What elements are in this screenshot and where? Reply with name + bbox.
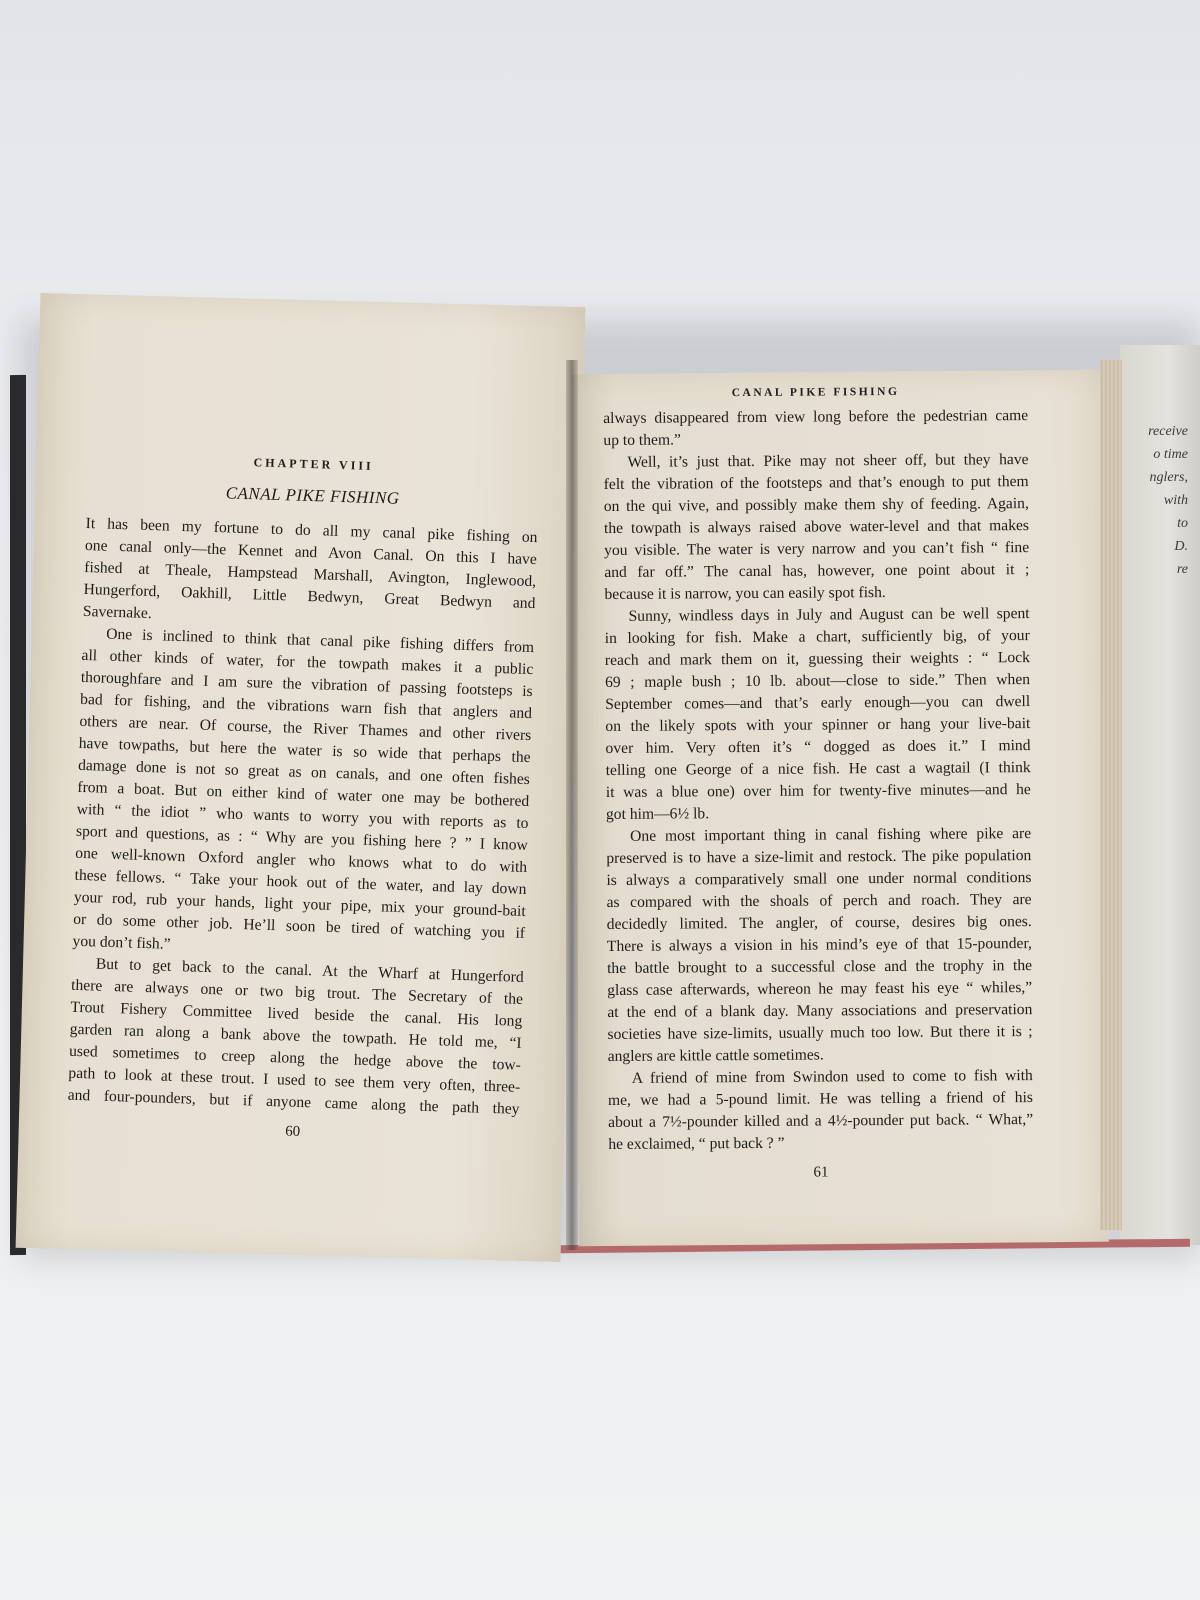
text-line: up to them.” <box>603 427 1028 452</box>
text-line: There is always a vision in his mind’s e… <box>607 933 1032 958</box>
text-line: societies have size-limits, usually much… <box>607 1021 1032 1046</box>
text-line: Sunny, windless days in July and August … <box>605 603 1030 628</box>
running-head: CANAL PIKE FISHING <box>603 385 1028 400</box>
dust-jacket-flap-text: receiveo timenglers,withtoD.re <box>1128 420 1188 581</box>
text-line: it was a blue one) over him for twenty-f… <box>606 779 1031 804</box>
page-number-right: 61 <box>608 1163 1033 1183</box>
text-line: as compared with the shoals of perch and… <box>607 889 1032 914</box>
text-line: because it is narrow, you can easily spo… <box>604 581 1029 606</box>
text-line: Well, it’s just that. Pike may not sheer… <box>603 449 1028 474</box>
text-line: on the qui vive, and possibly make them … <box>604 493 1029 518</box>
text-line: 69 ; maple bush ; 10 lb. about—close to … <box>605 669 1030 694</box>
text-line: me, we had a 5-pound limit. He was telli… <box>608 1087 1033 1112</box>
left-page-body: It has been my fortune to do all my cana… <box>67 513 537 1121</box>
text-line: in looking for fish. Make a chart, suffi… <box>605 625 1030 650</box>
text-line: at the end of a blank day. Many associat… <box>607 999 1032 1024</box>
left-page-text: CHAPTER VIII CANAL PIKE FISHING It has b… <box>67 450 540 1148</box>
text-line: anglers are kittle cattle sometimes. <box>608 1043 1033 1068</box>
book-gutter <box>566 360 578 1250</box>
text-line: is always a comparatively small one unde… <box>606 867 1031 892</box>
text-line: September comes—and that’s early enough—… <box>605 691 1030 716</box>
jacket-fragment: o time <box>1128 443 1188 466</box>
text-line: A friend of mine from Swindon used to co… <box>608 1065 1033 1090</box>
text-line: the battle brought to a successful close… <box>607 955 1032 980</box>
text-line: preserved is to have a size-limit and re… <box>606 845 1031 870</box>
jacket-fragment: receive <box>1128 420 1188 443</box>
text-line: One most important thing in canal fishin… <box>606 823 1031 848</box>
right-page-text: CANAL PIKE FISHING always disappeared fr… <box>603 385 1034 1183</box>
text-line: the towpath is always raised above water… <box>604 515 1029 540</box>
text-line: and far off.” The canal has, however, on… <box>604 559 1029 584</box>
jacket-fragment: nglers, <box>1128 466 1188 489</box>
text-line: on the likely spots with your spinner or… <box>605 713 1030 738</box>
chapter-title: CANAL PIKE FISHING <box>86 479 538 513</box>
jacket-fragment: to <box>1128 512 1188 535</box>
text-line: got him—6½ lb. <box>606 801 1031 826</box>
text-line: reach and mark them on it, guessing thei… <box>605 647 1030 672</box>
text-line: he exclaimed, “ put back ? ” <box>608 1131 1033 1156</box>
text-line: decidedly limited. The angler, of course… <box>607 911 1032 936</box>
jacket-fragment: re <box>1128 558 1188 581</box>
text-line: about a 7½-pounder killed and a 4½-pound… <box>608 1109 1033 1134</box>
jacket-fragment: D. <box>1128 535 1188 558</box>
text-line: you visible. The water is very narrow an… <box>604 537 1029 562</box>
text-line: always disappeared from view long before… <box>603 405 1028 430</box>
right-page-body: always disappeared from view long before… <box>603 405 1033 1156</box>
text-line: over him. Very often it’s “ dogged as do… <box>605 735 1030 760</box>
text-line: telling one George of a nice fish. He ca… <box>606 757 1031 782</box>
page-edges <box>1100 360 1122 1230</box>
jacket-fragment: with <box>1128 489 1188 512</box>
text-line: felt the vibration of the footsteps and … <box>604 471 1029 496</box>
text-line: glass case afterwards, whereon he may fe… <box>607 977 1032 1002</box>
